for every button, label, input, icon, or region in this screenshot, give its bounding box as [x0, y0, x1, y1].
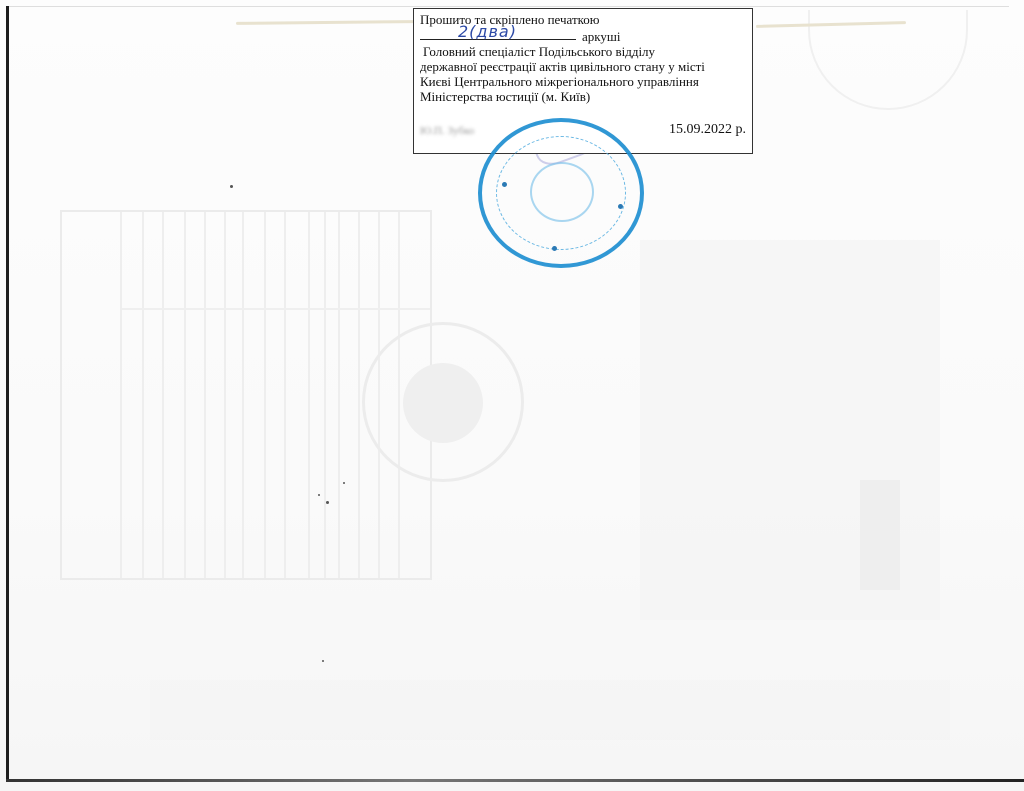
cert-org-line-1: державної реєстрації актів цивільного ст… — [420, 59, 746, 74]
show-through-seal — [362, 322, 524, 482]
cert-position: Головний спеціаліст Подільського відділу — [420, 44, 746, 59]
page-edge-bottom — [6, 779, 1024, 782]
scan-speck — [318, 494, 320, 496]
show-through-footer — [150, 680, 950, 740]
show-through-mark — [860, 480, 900, 590]
scan-speck — [343, 482, 345, 484]
scan-speck — [326, 501, 329, 504]
cert-org-line-2: Києві Центрального міжрегіонального упра… — [420, 74, 746, 89]
binding-thread-left — [236, 20, 414, 25]
signer-name: Ю.П. Зубко — [420, 124, 474, 139]
sheets-label: аркуші — [582, 29, 621, 44]
handwritten-sheet-count: 2(два) — [458, 24, 517, 39]
cert-date: 15.09.2022 р. — [669, 122, 746, 137]
cert-sheets-row: 2(два) аркуші — [420, 27, 746, 44]
scanned-page: Прошито та скріплено печаткою 2(два) арк… — [0, 0, 1024, 791]
scan-speck — [322, 660, 324, 662]
page-edge-left — [6, 6, 9, 781]
scan-speck — [230, 185, 233, 188]
official-seal-icon — [478, 118, 644, 268]
page-edge-top — [9, 6, 1009, 7]
cert-org-line-3: Міністерства юстиції (м. Київ) — [420, 89, 746, 104]
